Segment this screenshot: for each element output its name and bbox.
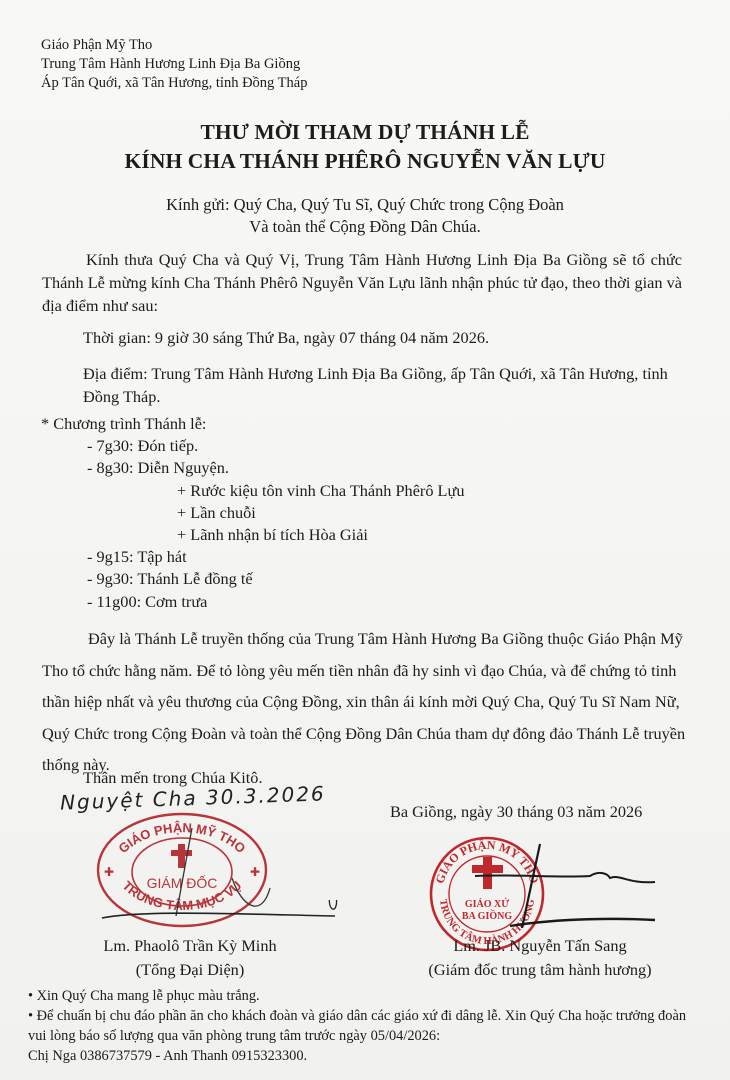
letterhead: Giáo Phận Mỹ Tho Trung Tâm Hành Hương Li… xyxy=(41,36,307,93)
letter-title: THƯ MỜI THAM DỰ THÁNH LỄ KÍNH CHA THÁNH … xyxy=(0,118,730,176)
svg-text:✚: ✚ xyxy=(250,865,260,879)
body-paragraph: Đây là Thánh Lễ truyền thống của Trung T… xyxy=(42,623,688,781)
footnote-contacts: Chị Nga 0386737579 - Anh Thanh 091532330… xyxy=(28,1046,708,1066)
program-item: - 9g15: Tập hát xyxy=(41,546,464,568)
recipients-line-1: Kính gửi: Quý Cha, Quý Tu Sĩ, Quý Chức t… xyxy=(0,194,730,216)
program-item: - 8g30: Diễn Nguyện. xyxy=(41,457,464,479)
event-place: Địa điểm: Trung Tâm Hành Hương Linh Địa … xyxy=(83,362,673,408)
program-subitem: + Lãnh nhận bí tích Hòa Giải xyxy=(41,524,464,546)
left-signatory-name: Lm. Phaolô Trần Kỳ Minh xyxy=(40,934,340,958)
letterhead-center: Trung Tâm Hành Hương Linh Địa Ba Giồng xyxy=(41,55,307,74)
program-item: - 7g30: Đón tiếp. xyxy=(41,435,464,457)
right-signature-icon xyxy=(470,840,670,940)
program-list: * Chương trình Thánh lễ: - 7g30: Đón tiế… xyxy=(41,413,464,613)
right-signatory-name: Lm. JB. Nguyễn Tấn Sang xyxy=(370,934,710,958)
program-heading: * Chương trình Thánh lễ: xyxy=(41,413,464,435)
intro-paragraph: Kính thưa Quý Cha và Quý Vị, Trung Tâm H… xyxy=(42,248,682,317)
letterhead-address: Áp Tân Quới, xã Tân Hương, tỉnh Đồng Thá… xyxy=(41,74,307,93)
program-subitem: + Lần chuỗi xyxy=(41,502,464,524)
left-signatory-role: (Tổng Đại Diện) xyxy=(40,958,340,982)
program-subitem: + Rước kiệu tôn vinh Cha Thánh Phêrô Lựu xyxy=(41,480,464,502)
date-line: Ba Giồng, ngày 30 tháng 03 năm 2026 xyxy=(390,802,642,822)
title-line-1: THƯ MỜI THAM DỰ THÁNH LỄ xyxy=(0,118,730,147)
left-signatory: Lm. Phaolô Trần Kỳ Minh (Tổng Đại Diện) xyxy=(40,934,340,982)
left-signature-icon xyxy=(100,900,340,930)
footnote-vestment: • Xin Quý Cha mang lễ phục màu trắng. xyxy=(28,986,708,1006)
letterhead-diocese: Giáo Phận Mỹ Tho xyxy=(41,36,307,55)
recipients: Kính gửi: Quý Cha, Quý Tu Sĩ, Quý Chức t… xyxy=(0,194,730,238)
right-signatory-role: (Giám đốc trung tâm hành hương) xyxy=(370,958,710,982)
svg-text:✚: ✚ xyxy=(104,865,114,879)
program-item: - 11g00: Cơm trưa xyxy=(41,591,464,613)
event-time: Thời gian: 9 giờ 30 sáng Thứ Ba, ngày 07… xyxy=(83,328,489,348)
program-item: - 9g30: Thánh Lễ đồng tế xyxy=(41,568,464,590)
footnote-meals: • Để chuẩn bị chu đáo phần ăn cho khách … xyxy=(28,1006,708,1046)
letter-page: Giáo Phận Mỹ Tho Trung Tâm Hành Hương Li… xyxy=(0,0,730,1080)
recipients-line-2: Và toàn thể Cộng Đồng Dân Chúa. xyxy=(0,216,730,238)
title-line-2: KÍNH CHA THÁNH PHÊRÔ NGUYỄN VĂN LỰU xyxy=(0,147,730,176)
footnotes: • Xin Quý Cha mang lễ phục màu trắng. • … xyxy=(28,986,708,1066)
right-signatory: Lm. JB. Nguyễn Tấn Sang (Giám đốc trung … xyxy=(370,934,710,982)
